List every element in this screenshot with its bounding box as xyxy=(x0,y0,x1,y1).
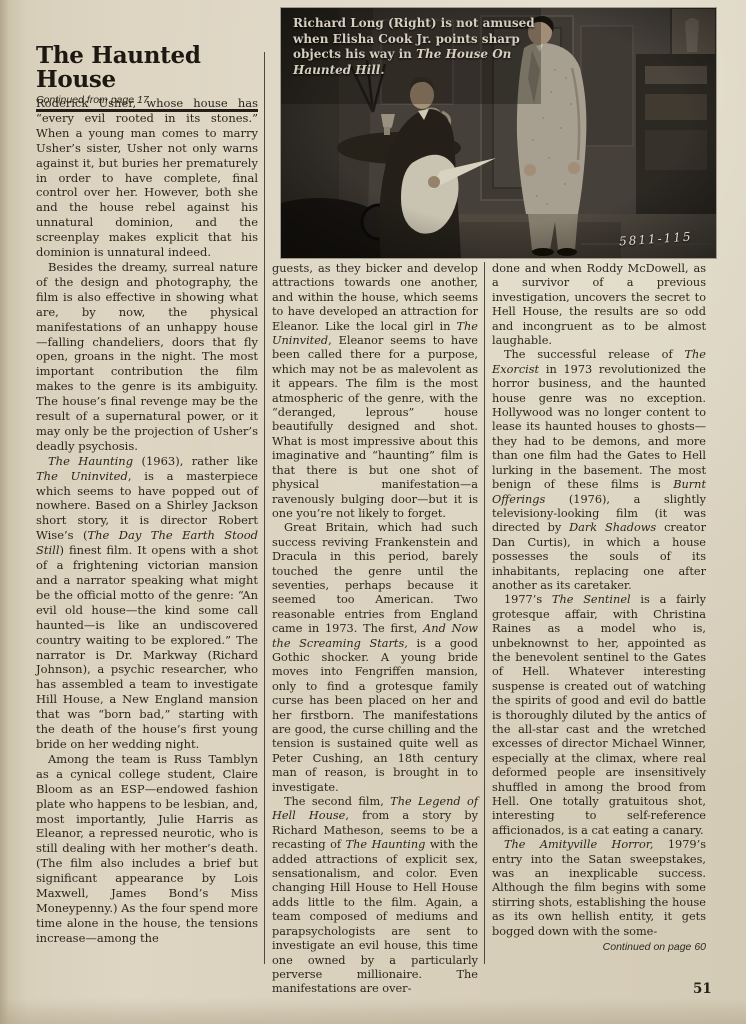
page-number: 51 xyxy=(693,981,712,997)
paragraph: The Amityville Horror, 1979’s entry into… xyxy=(492,838,706,939)
text-column-3: done and when Roddy McDowell, as a survi… xyxy=(492,262,706,955)
paragraph: 1977’s The Sentinel is a fairly grotesqu… xyxy=(492,593,706,838)
paragraph: The second film, The Legend of Hell Hous… xyxy=(272,795,478,997)
magazine-page: Richard Long (Right) is not amused when … xyxy=(0,0,746,1024)
column-3-paragraphs: done and when Roddy McDowell, as a survi… xyxy=(492,262,706,939)
column-divider-2 xyxy=(484,262,485,964)
article-title: The Haunted House xyxy=(36,44,258,92)
text-column-1: Roderick Usher, whose house has “every e… xyxy=(36,96,258,946)
film-still-photo: Richard Long (Right) is not amused when … xyxy=(281,8,716,258)
paragraph: Among the team is Russ Tamblyn as a cyni… xyxy=(36,752,258,946)
paragraph: Roderick Usher, whose house has “every e… xyxy=(36,96,258,260)
paragraph: done and when Roddy McDowell, as a survi… xyxy=(492,262,706,348)
column-divider-1 xyxy=(264,52,265,964)
photo-caption: Richard Long (Right) is not amused when … xyxy=(293,16,545,78)
paragraph: Besides the dreamy, surreal nature of th… xyxy=(36,260,258,454)
continued-on-note: Continued on page 60 xyxy=(492,940,706,954)
paragraph: The successful release of The Exorcist i… xyxy=(492,348,706,593)
text-column-2: guests, as they bicker and develop attra… xyxy=(272,262,478,997)
paragraph: guests, as they bicker and develop attra… xyxy=(272,262,478,521)
paragraph: The Haunting (1963), rather like The Uni… xyxy=(36,454,258,752)
paragraph: Great Britain, which had such success re… xyxy=(272,521,478,795)
